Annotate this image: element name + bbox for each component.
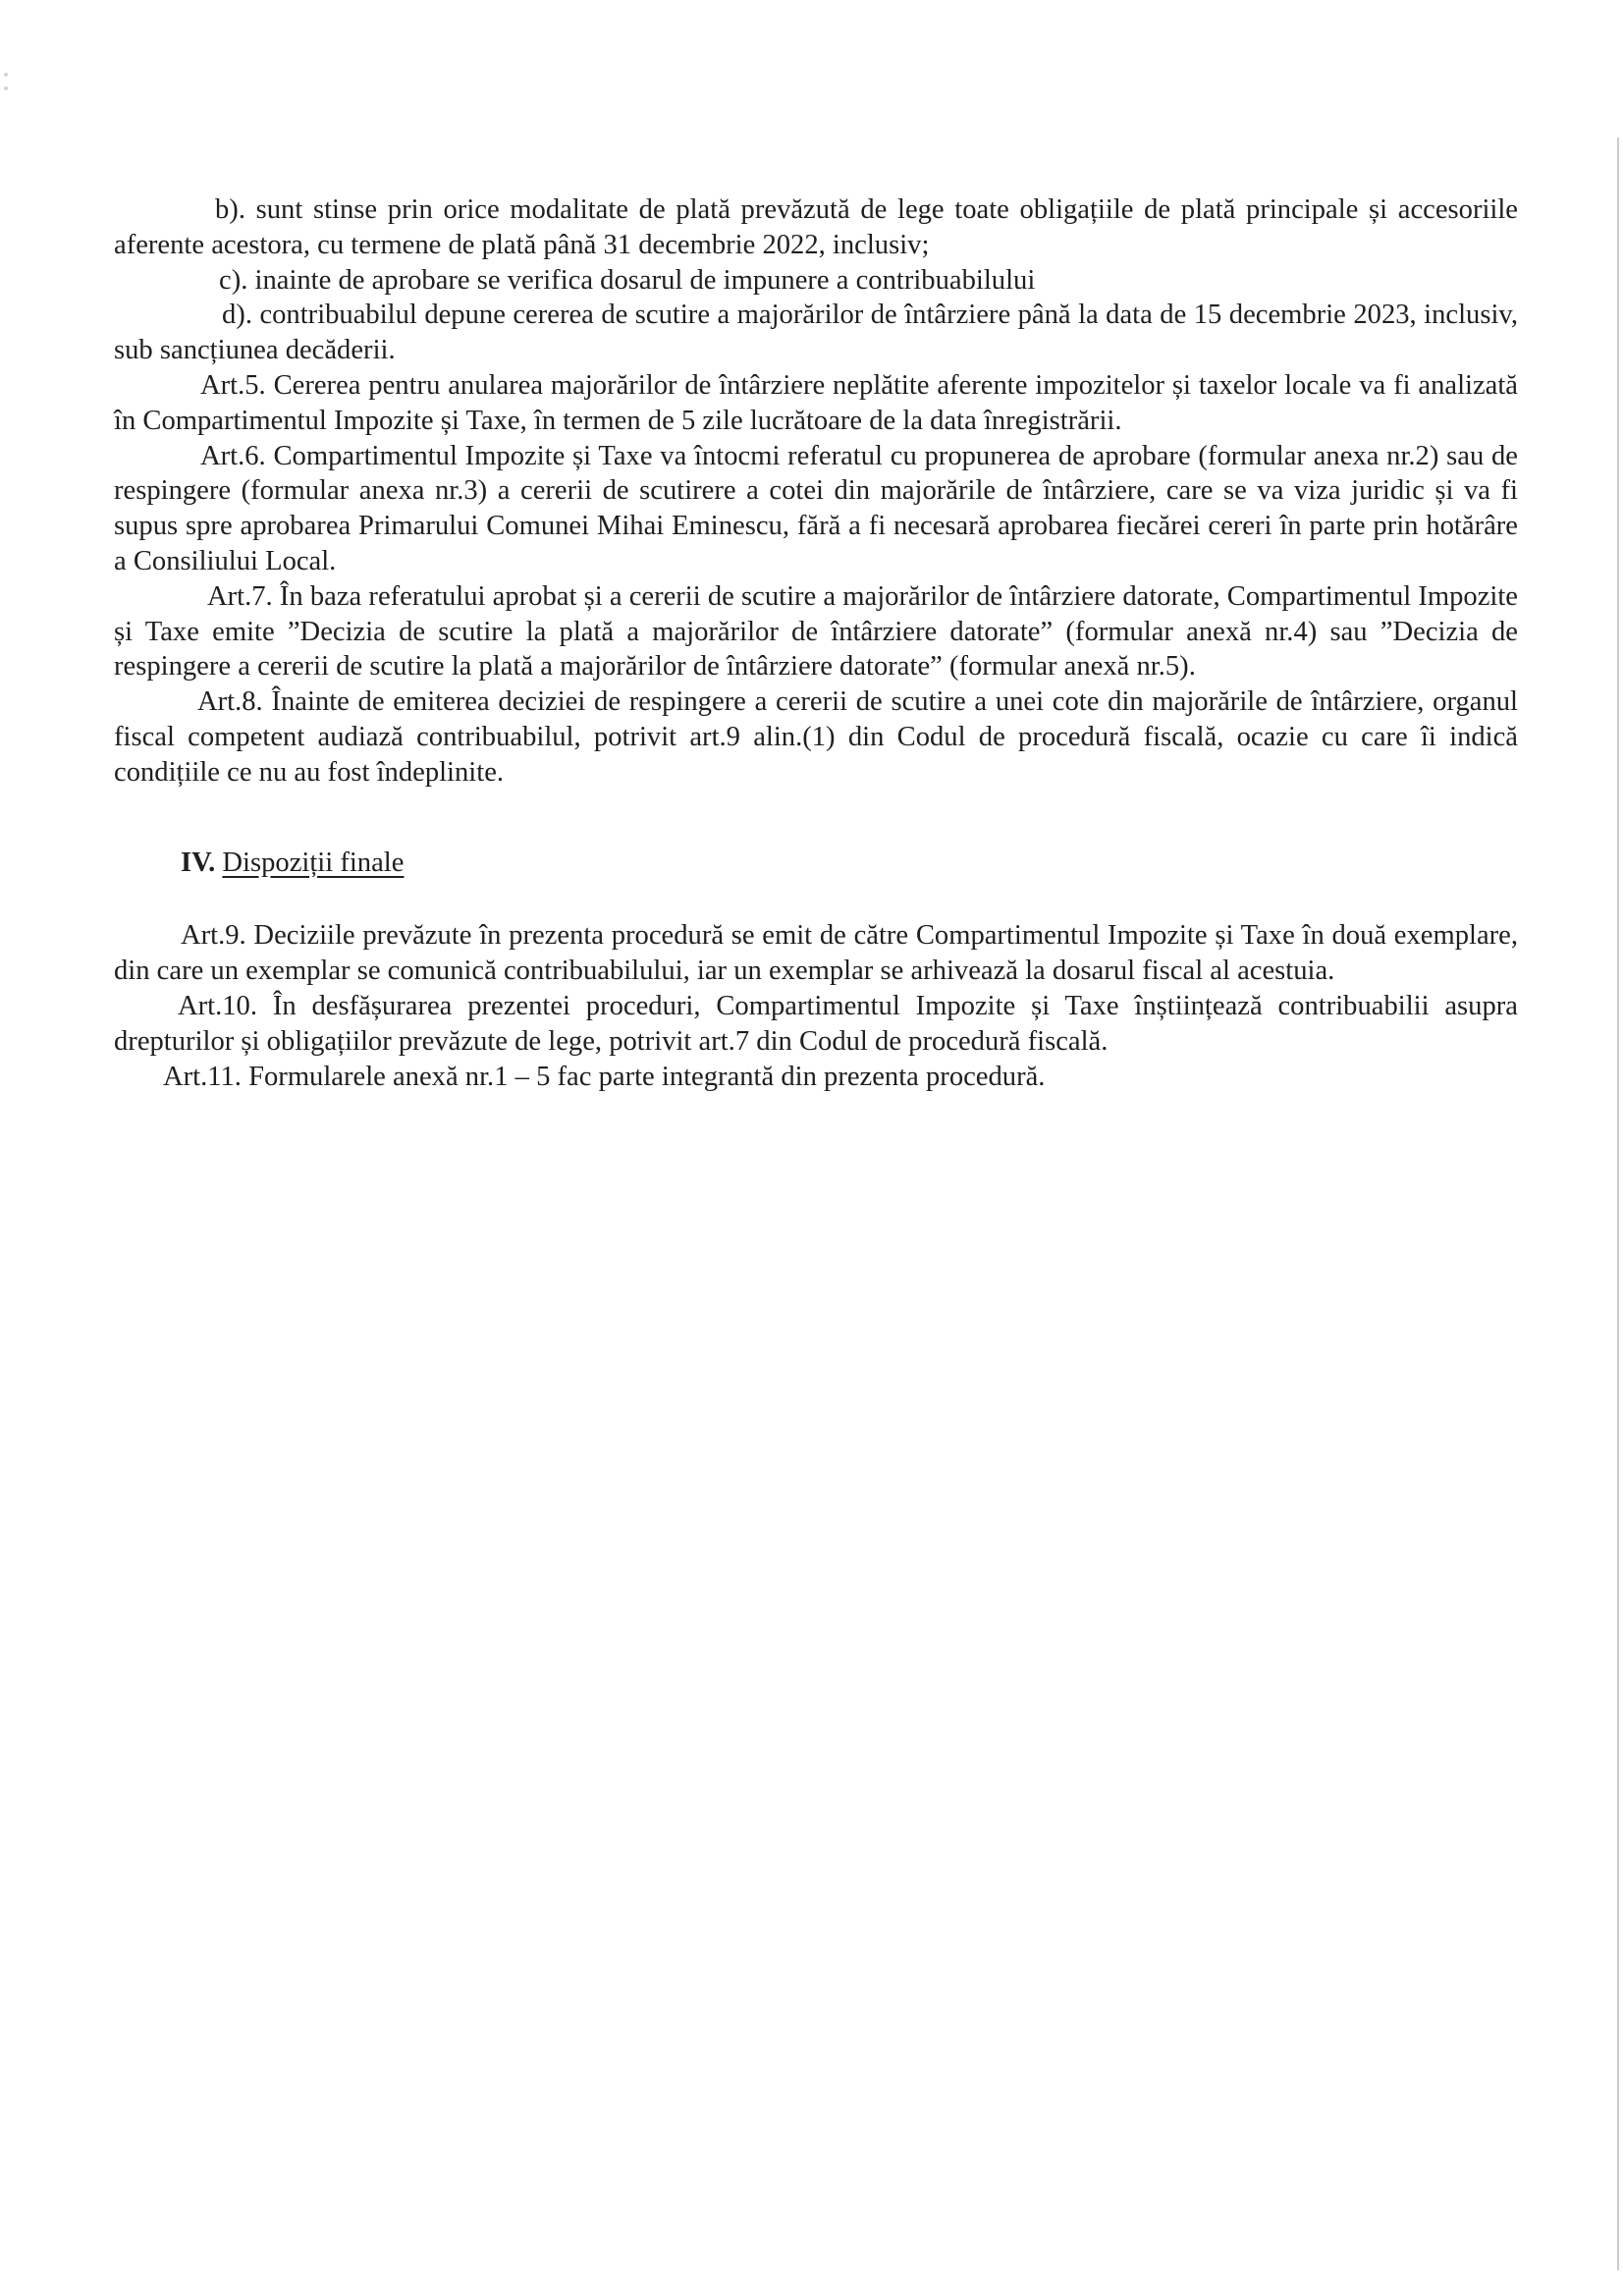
scan-speck-artifact xyxy=(3,71,9,94)
article-6-paragraph: Art.6. Compartimentul Impozite și Taxe v… xyxy=(114,439,1518,579)
article-5-paragraph: Art.5. Cererea pentru anularea majorăril… xyxy=(114,368,1518,439)
clause-d-paragraph: d). contribuabilul depune cererea de scu… xyxy=(114,298,1518,368)
article-10-paragraph: Art.10. În desfășurarea prezentei proced… xyxy=(114,989,1518,1060)
article-7-paragraph: Art.7. În baza referatului aprobat și a … xyxy=(114,579,1518,684)
section-heading-dispozitii-finale: IV. Dispoziții finale xyxy=(114,846,1518,881)
article-8-paragraph: Art.8. Înainte de emiterea deciziei de r… xyxy=(114,684,1518,790)
document-body: b). sunt stinse prin orice modalitate de… xyxy=(114,192,1518,1094)
section-heading-title: Dispoziții finale xyxy=(222,847,404,878)
article-9-paragraph: Art.9. Deciziile prevăzute în prezenta p… xyxy=(114,918,1518,989)
article-11-paragraph: Art.11. Formularele anexă nr.1 – 5 fac p… xyxy=(114,1060,1518,1095)
clause-c-paragraph: c). inainte de aprobare se verifica dosa… xyxy=(114,263,1518,299)
scanned-document-page: b). sunt stinse prin orice modalitate de… xyxy=(0,0,1623,2296)
clause-b-paragraph: b). sunt stinse prin orice modalitate de… xyxy=(114,192,1518,263)
scan-edge-line-artifact xyxy=(1617,137,1619,2270)
section-heading-number: IV. xyxy=(181,847,215,878)
